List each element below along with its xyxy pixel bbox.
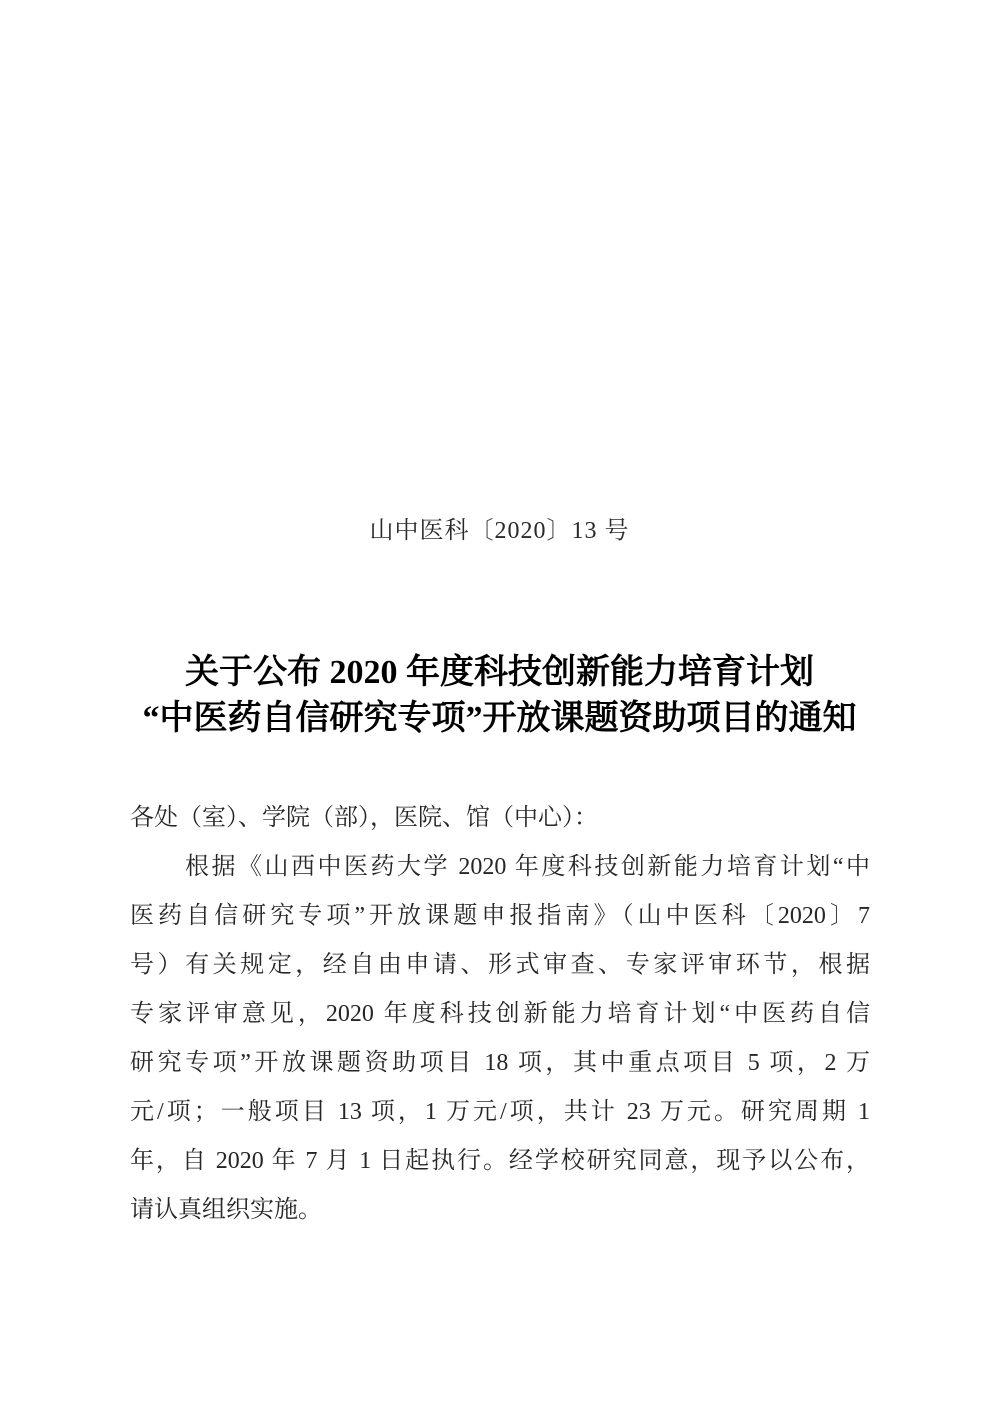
salutation-line: 各处（室）、学院（部），医院、馆（中心）： — [130, 794, 870, 843]
official-document-page: 山中医科〔2020〕13 号 关于公布 2020 年度科技创新能力培育计划 “中… — [0, 0, 999, 1413]
document-number: 山中医科〔2020〕13 号 — [0, 516, 999, 546]
document-title-line1: 关于公布 2020 年度科技创新能力培育计划 — [0, 650, 999, 696]
body-line: 根据《山西中医药大学 2020 年度科技创新能力培育计划“中 — [130, 843, 870, 892]
document-title-line2: “中医药自信研究专项”开放课题资助项目的通知 — [0, 696, 999, 742]
body-line: 研究专项”开放课题资助项目 18 项，其中重点项目 5 项，2 万 — [130, 1039, 870, 1088]
body-line: 请认真组织实施。 — [130, 1186, 870, 1235]
body-line: 元/项；一般项目 13 项，1 万元/项，共计 23 万元。研究周期 1 — [130, 1088, 870, 1137]
document-body: 各处（室）、学院（部），医院、馆（中心）： 根据《山西中医药大学 2020 年度… — [130, 794, 870, 1235]
body-line: 号）有关规定，经自由申请、形式审查、专家评审环节，根据 — [130, 941, 870, 990]
body-line: 年，自 2020 年 7 月 1 日起执行。经学校研究同意，现予以公布， — [130, 1137, 870, 1186]
body-line: 医药自信研究专项”开放课题申报指南》（山中医科〔2020〕7 — [130, 892, 870, 941]
body-line: 专家评审意见，2020 年度科技创新能力培育计划“中医药自信 — [130, 990, 870, 1039]
document-title: 关于公布 2020 年度科技创新能力培育计划 “中医药自信研究专项”开放课题资助… — [0, 650, 999, 742]
